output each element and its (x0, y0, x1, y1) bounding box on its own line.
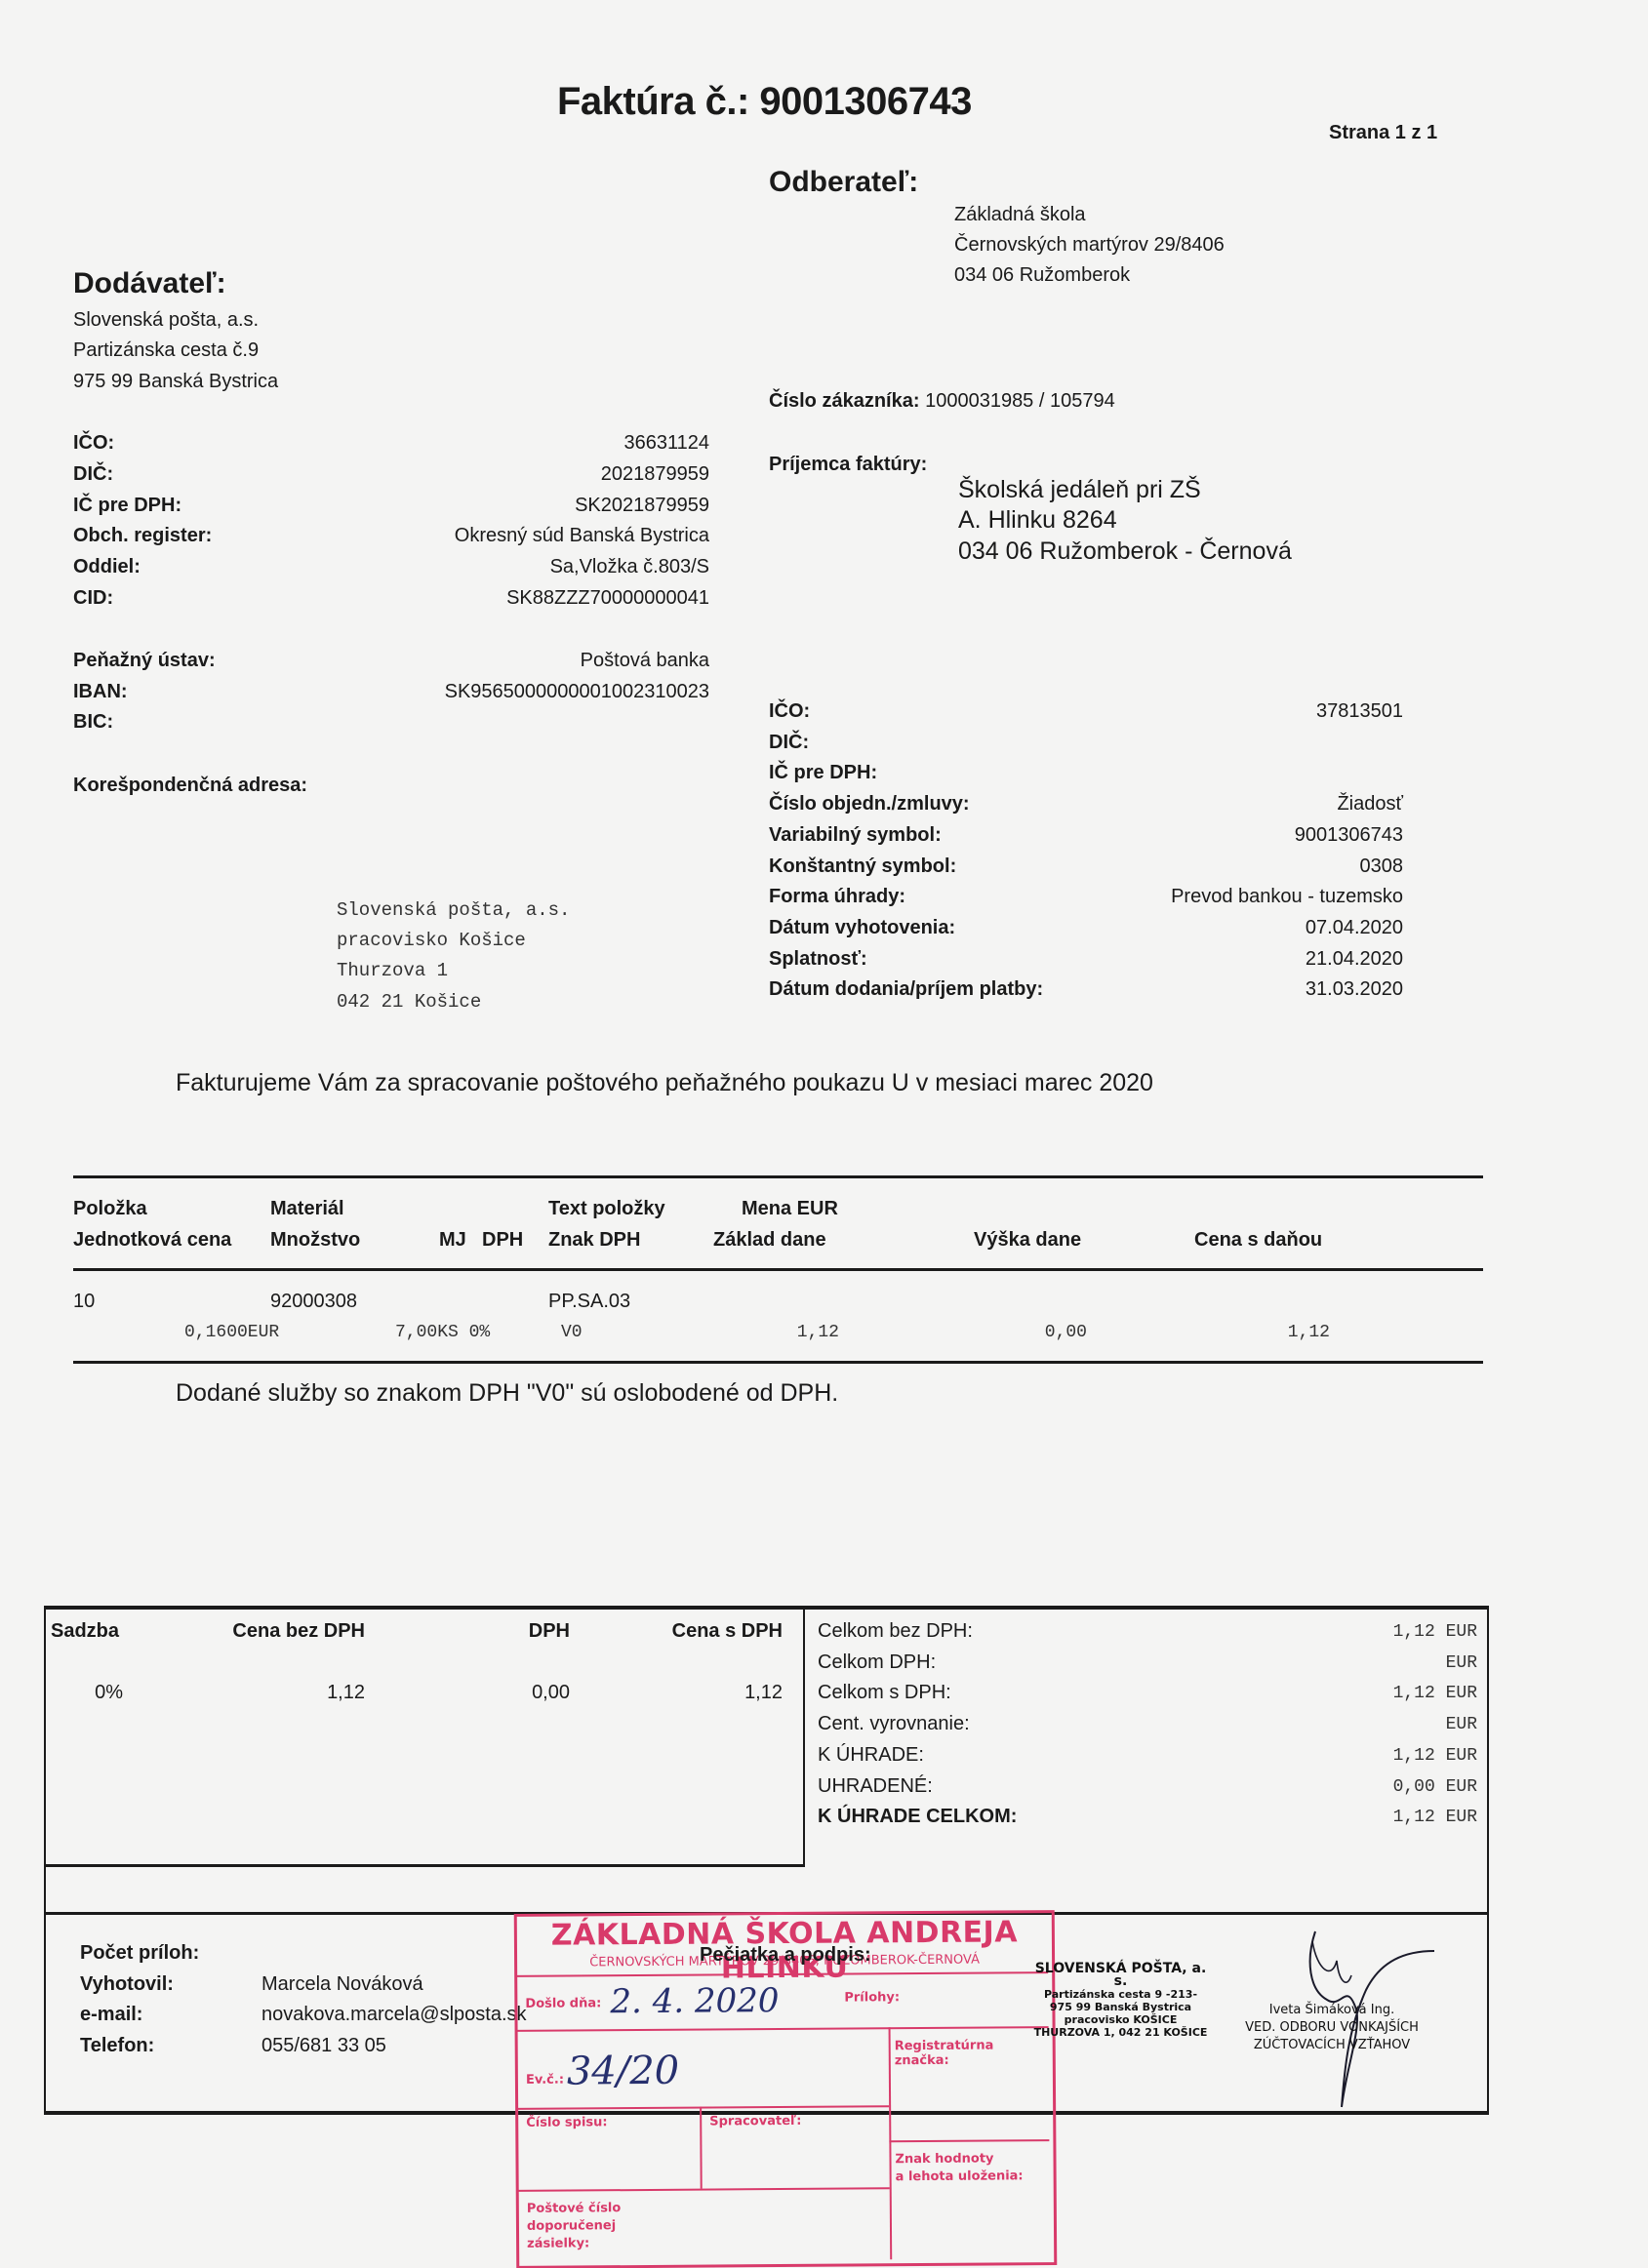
supplier-line-1: Slovenská pošta, a.s. (73, 308, 259, 332)
customer-number: Číslo zákazníka: 1000031985 / 105794 (769, 389, 1115, 413)
supplier-field-label: DIČ: (73, 462, 113, 494)
stamp-vrule-mid (700, 2107, 703, 2189)
col-mj: MJ (439, 1229, 466, 1252)
row-znak: V0 (561, 1323, 583, 1342)
stamp-received-label: Došlo dňa: (525, 1996, 601, 2011)
supplier-line-2: Partizánska cesta č.9 (73, 338, 259, 362)
col-material: Materiál (270, 1198, 344, 1220)
stamp-value-label-1: Znak hodnoty (895, 2152, 993, 2168)
stamp-rule-4 (889, 2139, 1049, 2142)
col-qty: Množstvo (270, 1229, 360, 1252)
total-value: 1,12 EUR (1278, 1622, 1477, 1642)
customer-field-label: Dátum dodania/príjem platby: (769, 977, 1043, 1009)
customer-field-row: DIČ: (769, 731, 1403, 762)
row-vyska: 0,00 (989, 1323, 1087, 1342)
stamp-postal-label-2: doporučenej (527, 2218, 616, 2234)
supplier-field-row: DIČ:2021879959 (73, 462, 709, 494)
bank-field-row: Peňažný ústav:Poštová banka (73, 649, 709, 680)
supplier-field-value: 2021879959 (601, 462, 709, 494)
customer-field-label: Splatnosť: (769, 947, 867, 978)
customer-field-row: Forma úhrady:Prevod bankou - tuzemsko (769, 885, 1403, 916)
total-value: 0,00 EUR (1278, 1777, 1477, 1797)
correspondence-line-1: Slovenská pošta, a.s. (337, 899, 570, 921)
customer-field-value: 9001306743 (1295, 823, 1403, 855)
stamp-rule-5 (517, 2187, 890, 2192)
customer-field-label: Konštantný symbol: (769, 855, 956, 886)
footer-value: 055/681 33 05 (261, 2035, 386, 2057)
bank-field-row: BIC: (73, 710, 709, 741)
customer-field-value: 07.04.2020 (1306, 916, 1403, 947)
customer-field-row: Dátum vyhotovenia:07.04.2020 (769, 916, 1403, 947)
stamp-value-label-2: a lehota uloženia: (896, 2169, 1024, 2184)
total-label: UHRADENÉ: (818, 1775, 933, 1798)
supplier-field-value: SK88ZZZ70000000041 (506, 586, 709, 617)
tax-row-sadzba: 0% (51, 1682, 123, 1704)
page-indicator: Strana 1 z 1 (1329, 122, 1437, 144)
customer-field-label: Dátum vyhotovenia: (769, 916, 955, 947)
stamp-vrule-right (889, 2027, 893, 2259)
correspondence-line-4: 042 21 Košice (337, 991, 481, 1013)
table-bottom-rule (73, 1361, 1483, 1364)
tax-col-bez: Cena bez DPH (195, 1620, 365, 1643)
total-label: Celkom bez DPH: (818, 1620, 973, 1643)
supplier-field-label: Oddiel: (73, 555, 141, 586)
customer-field-label: IČ pre DPH: (769, 761, 877, 792)
recipient-line-1: Školská jedáleň pri ZŠ (958, 475, 1201, 505)
total-value: 1,12 EUR (1278, 1746, 1477, 1766)
customer-field-label: DIČ: (769, 731, 809, 762)
post-stamp-line-5: THURZOVA 1, 042 21 KOŠICE (1030, 2026, 1211, 2039)
customer-field-row: Dátum dodania/príjem platby:31.03.2020 (769, 977, 1403, 1009)
tax-table-frame (44, 1606, 805, 1867)
bank-field-value: Poštová banka (581, 649, 709, 680)
stamp-processor-label: Spracovateľ: (709, 2114, 801, 2129)
total-value: EUR (1278, 1715, 1477, 1734)
stamp-attachments-label: Prílohy: (844, 1990, 900, 2005)
signer-title-1: VED. ODBORU VONKAJŠÍCH (1225, 2019, 1439, 2037)
correspondence-line-2: pracovisko Košice (337, 930, 526, 951)
customer-field-row: Splatnosť:21.04.2020 (769, 947, 1403, 978)
customer-field-row: IČO:37813501 (769, 699, 1403, 731)
supplier-field-row: IČ pre DPH:SK2021879959 (73, 494, 709, 525)
signer-title-2: ZÚČTOVACÍCH VZŤAHOV (1225, 2037, 1439, 2054)
supplier-line-3: 975 99 Banská Bystrica (73, 370, 278, 393)
customer-field-label: Forma úhrady: (769, 885, 905, 916)
stamp-postal-label-1: Poštové číslo (527, 2201, 622, 2216)
total-value: 1,12 EUR (1278, 1684, 1477, 1703)
supplier-field-label: IČ pre DPH: (73, 494, 181, 525)
row-material: 92000308 (270, 1291, 357, 1313)
tax-row-bez: 1,12 (195, 1682, 365, 1704)
customer-field-row: IČ pre DPH: (769, 761, 1403, 792)
stamp-rule-2 (516, 2026, 1049, 2032)
post-stamp-line-4: pracovisko KOŠICE (1030, 2013, 1211, 2026)
bank-field-label: Peňažný ústav: (73, 649, 216, 680)
customer-line-2: Černovských martýrov 29/8406 (954, 233, 1225, 257)
customer-field-value: 31.03.2020 (1306, 977, 1403, 1009)
total-value: 1,12 EUR (1278, 1808, 1477, 1827)
footer-value[interactable]: novakova.marcela@slposta.sk (261, 2004, 527, 2026)
supplier-field-row: Oddiel:Sa,Vložka č.803/S (73, 555, 709, 586)
stamp-ev-label: Ev.č.: (526, 2073, 564, 2088)
total-label: Cent. vyrovnanie: (818, 1713, 970, 1735)
supplier-field-row: IČO:36631124 (73, 431, 709, 462)
stamp-file-label: Číslo spisu: (526, 2115, 607, 2130)
row-polozka: 10 (73, 1291, 95, 1313)
customer-field-value: Žiadosť (1337, 792, 1403, 823)
tax-row-dph: 0,00 (468, 1682, 570, 1704)
bank-field-label: BIC: (73, 710, 113, 741)
footer-label: e-mail: (80, 2004, 142, 2026)
col-text: Text položky (548, 1198, 665, 1220)
bank-field-row: IBAN:SK9565000000001002310023 (73, 680, 709, 711)
table-top-rule (73, 1175, 1483, 1178)
customer-heading: Odberateľ: (769, 166, 918, 199)
row-cena: 1,12 (1232, 1323, 1330, 1342)
supplier-field-row: CID:SK88ZZZ70000000041 (73, 586, 709, 617)
stamp-ev-value: 34/20 (567, 2049, 680, 2094)
stamp-rule-3 (516, 2105, 889, 2110)
total-label: K ÚHRADE CELKOM: (818, 1806, 1017, 1828)
total-label: Celkom DPH: (818, 1651, 936, 1674)
tax-col-dph: DPH (468, 1620, 570, 1643)
customer-number-label: Číslo zákazníka: (769, 390, 920, 412)
tax-col-s: Cena s DPH (624, 1620, 783, 1643)
footer-label: Počet príloh: (80, 1942, 199, 1965)
correspondence-label: Korešpondenčná adresa: (73, 774, 307, 797)
tax-row-s: 1,12 (624, 1682, 783, 1704)
supplier-field-value: SK2021879959 (575, 494, 709, 525)
supplier-field-label: CID: (73, 586, 113, 617)
supplier-field-value: Okresný súd Banská Bystrica (455, 524, 709, 555)
customer-field-value: 37813501 (1316, 699, 1403, 731)
customer-field-row: Číslo objedn./zmluvy:Žiadosť (769, 792, 1403, 823)
stamp-received-value: 2. 4. 2020 (610, 1981, 779, 2021)
customer-field-label: Číslo objedn./zmluvy: (769, 792, 970, 823)
supplier-field-label: IČO: (73, 431, 114, 462)
customer-field-value: 0308 (1360, 855, 1404, 886)
stamp-reg-label: Registratúrna značka: (895, 2038, 1053, 2068)
customer-field-label: Variabilný symbol: (769, 823, 942, 855)
total-label: Celkom s DPH: (818, 1682, 951, 1704)
customer-line-3: 034 06 Ružomberok (954, 263, 1130, 287)
col-dph: DPH (482, 1229, 523, 1252)
customer-field-row: Variabilný symbol:9001306743 (769, 823, 1403, 855)
table-header-rule (73, 1268, 1483, 1271)
stamp-postal-label-3: zásielky: (527, 2236, 589, 2250)
row-unit-price: 0,1600EUR (184, 1323, 279, 1342)
bank-field-value: SK9565000000001002310023 (445, 680, 709, 711)
footer-label: Telefon: (80, 2035, 154, 2057)
col-zaklad: Základ dane (713, 1229, 826, 1252)
invoice-intro: Fakturujeme Vám za spracovanie poštového… (176, 1069, 1153, 1097)
col-cena: Cena s daňou (1194, 1229, 1322, 1252)
recipient-line-2: A. Hlinku 8264 (958, 505, 1117, 536)
customer-number-value: 1000031985 / 105794 (925, 390, 1115, 412)
customer-line-1: Základná škola (954, 203, 1086, 226)
col-mena: Mena EUR (742, 1198, 838, 1220)
invoice-title: Faktúra č.: 9001306743 (557, 80, 972, 124)
customer-field-value: Prevod bankou - tuzemsko (1171, 885, 1403, 916)
row-text: PP.SA.03 (548, 1291, 630, 1313)
supplier-field-label: Obch. register: (73, 524, 212, 555)
row-zaklad: 1,12 (742, 1323, 839, 1342)
post-stamp-line-1: SLOVENSKÁ POŠTA, a. s. (1030, 1963, 1211, 1988)
total-label: K ÚHRADE: (818, 1744, 924, 1767)
stamp-signature-label: Pečiatka a podpis: (700, 1944, 871, 1967)
col-vyska: Výška dane (974, 1229, 1081, 1252)
col-znak: Znak DPH (548, 1229, 640, 1252)
bank-field-label: IBAN: (73, 680, 128, 711)
supplier-field-row: Obch. register:Okresný súd Banská Bystri… (73, 524, 709, 555)
supplier-field-value: 36631124 (624, 431, 710, 462)
footer-label: Vyhotovil: (80, 1973, 174, 1996)
supplier-heading: Dodávateľ: (73, 267, 226, 300)
recipient-label: Príjemca faktúry: (769, 453, 927, 476)
customer-field-label: IČO: (769, 699, 810, 731)
customer-field-value: 21.04.2020 (1306, 947, 1403, 978)
col-unit-price: Jednotková cena (73, 1229, 231, 1252)
correspondence-line-3: Thurzova 1 (337, 960, 448, 981)
row-qty-mj-dph: 7,00KS 0% (395, 1323, 490, 1342)
vat-note: Dodané služby so znakom DPH "V0" sú oslo… (176, 1379, 838, 1408)
total-value: EUR (1278, 1653, 1477, 1673)
post-office-stamp: SLOVENSKÁ POŠTA, a. s. Partizánska cesta… (1030, 1963, 1211, 2039)
post-stamp-line-3: 975 99 Banská Bystrica (1030, 2001, 1211, 2013)
col-polozka: Položka (73, 1198, 147, 1220)
post-stamp-line-2: Partizánska cesta 9 -213- (1030, 1988, 1211, 2001)
recipient-line-3: 034 06 Ružomberok - Černová (958, 537, 1292, 567)
customer-field-row: Konštantný symbol:0308 (769, 855, 1403, 886)
tax-col-sadzba: Sadzba (51, 1620, 119, 1643)
footer-value: Marcela Nováková (261, 1973, 423, 1996)
supplier-field-value: Sa,Vložka č.803/S (550, 555, 709, 586)
signer-block: Iveta Šimáková Ing. VED. ODBORU VONKAJŠÍ… (1225, 2002, 1439, 2054)
signer-name: Iveta Šimáková Ing. (1225, 2002, 1439, 2019)
